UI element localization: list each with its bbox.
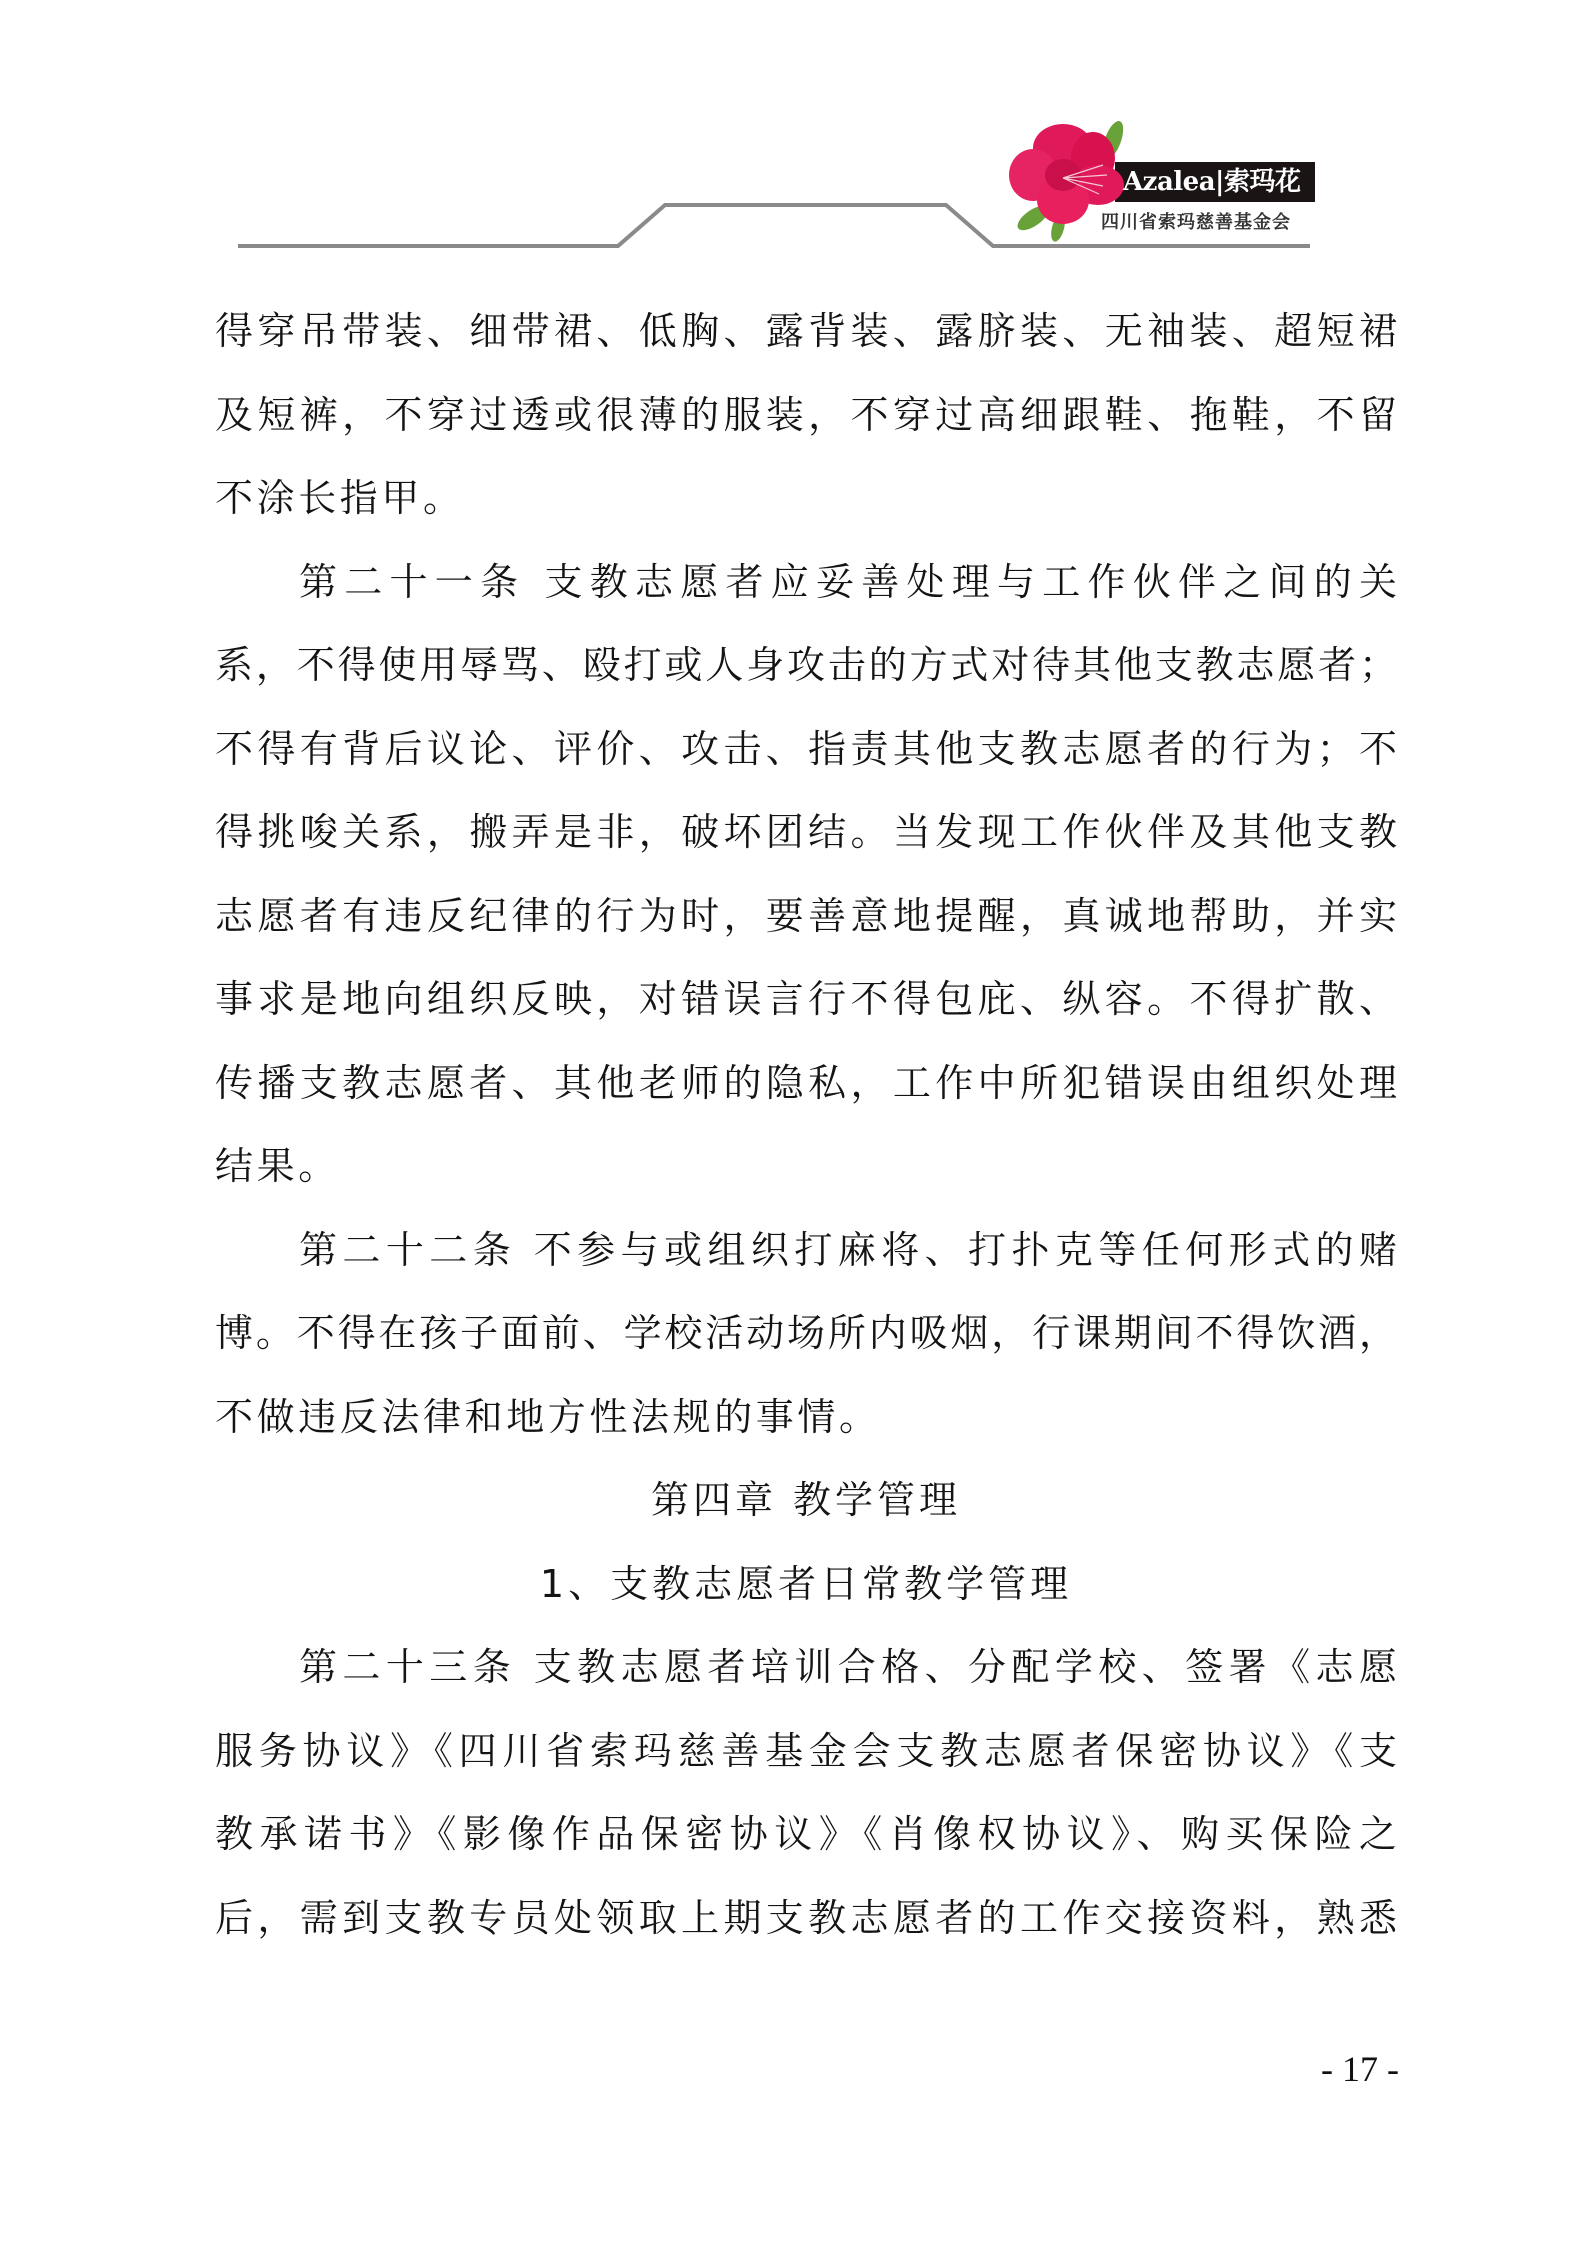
header-rule: [0, 0, 1587, 260]
body-line: 教承诺书》《影像作品保密协议》《肖像权协议》、购买保险之: [215, 1793, 1397, 1877]
chapter-title: 第四章 教学管理: [215, 1459, 1397, 1543]
logo-title: Azalea|索玛花: [1123, 164, 1301, 200]
body-line: 传播支教志愿者、其他老师的隐私，工作中所犯错误由组织处理: [215, 1042, 1397, 1126]
body-line: 及短裤，不穿过透或很薄的服装，不穿过高细跟鞋、拖鞋，不留: [215, 374, 1397, 458]
logo-subtitle: 四川省索玛慈善基金会: [1101, 208, 1291, 234]
body-line: 得穿吊带装、细带裙、低胸、露背装、露脐装、无袖装、超短裙: [215, 290, 1397, 374]
article-21-heading-line: 第二十一条 支教志愿者应妥善处理与工作伙伴之间的关: [215, 541, 1397, 625]
section-title: 1、支教志愿者日常教学管理: [215, 1543, 1397, 1627]
body-line: 后，需到支教专员处领取上期支教志愿者的工作交接资料，熟悉: [215, 1877, 1397, 1961]
page-number: - 17 -: [1300, 2048, 1420, 2090]
body-line: 服务协议》《四川省索玛慈善基金会支教志愿者保密协议》《支: [215, 1710, 1397, 1794]
body-line: 得挑唆关系，搬弄是非，破坏团结。当发现工作伙伴及其他支教: [215, 791, 1397, 875]
body-line: 博。不得在孩子面前、学校活动场所内吸烟，行课期间不得饮酒，: [215, 1292, 1397, 1376]
body-line: 不涂长指甲。: [215, 457, 1397, 541]
foundation-logo: Azalea|索玛花 四川省索玛慈善基金会: [1003, 120, 1323, 242]
body-line: 结果。: [215, 1125, 1397, 1209]
body-line: 不做违反法律和地方性法规的事情。: [215, 1376, 1397, 1460]
body-line: 事求是地向组织反映，对错误言行不得包庇、纵容。不得扩散、: [215, 958, 1397, 1042]
document-body: 得穿吊带装、细带裙、低胸、露背装、露脐装、无袖装、超短裙 及短裤，不穿过透或很薄…: [215, 290, 1397, 1960]
page-header: Azalea|索玛花 四川省索玛慈善基金会: [0, 0, 1587, 260]
body-line: 不得有背后议论、评价、攻击、指责其他支教志愿者的行为；不: [215, 708, 1397, 792]
body-line: 志愿者有违反纪律的行为时，要善意地提醒，真诚地帮助，并实: [215, 875, 1397, 959]
article-23-heading-line: 第二十三条 支教志愿者培训合格、分配学校、签署《志愿: [215, 1626, 1397, 1710]
article-22-heading-line: 第二十二条 不参与或组织打麻将、打扑克等任何形式的赌: [215, 1209, 1397, 1293]
body-line: 系，不得使用辱骂、殴打或人身攻击的方式对待其他支教志愿者；: [215, 624, 1397, 708]
